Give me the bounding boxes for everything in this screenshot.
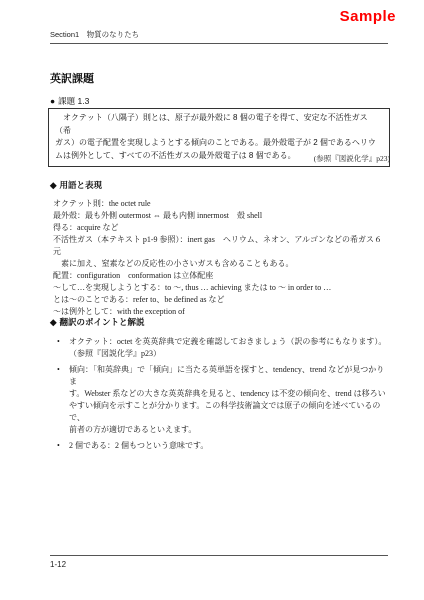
section-breadcrumb: Section1 物質のなりたち	[50, 30, 139, 39]
task-label: 課題 1.3	[58, 96, 89, 106]
bullet-icon: •	[57, 336, 69, 348]
point-text: オクテット：octet を英英辞典で定義を確認しておきましょう（訳の参考にもなり…	[69, 336, 390, 360]
point-item: • 2 個である：2 個もつという意味です。	[57, 440, 390, 452]
diamond-icon: ◆	[50, 317, 57, 327]
page-header: Section1 物質のなりたち	[50, 29, 388, 44]
point-text: 2 個である：2 個もつという意味です。	[69, 440, 390, 452]
term-line: 配置：configuration conformation は立体配座	[53, 270, 390, 282]
page-footer: 1-12	[50, 555, 388, 569]
point-item: • オクテット：octet を英英辞典で定義を確認しておきましょう（訳の参考にも…	[57, 336, 390, 360]
term-line: 不活性ガス（本テキスト p1-9 参照）：inert gas ヘリウム、ネオン、…	[53, 234, 390, 270]
points-heading: ◆翻訳のポイントと解説	[50, 316, 390, 328]
term-line: オクテット則：the octet rule	[53, 198, 390, 210]
term-line: ～して…を実現しようとする：to ～, thus … achieving または…	[53, 282, 390, 294]
page-title: 英訳課題	[50, 70, 94, 86]
bullet-icon: •	[57, 440, 69, 452]
point-item: • 傾向：「和英辞典」で「傾向」に当たる英単語を探すと、tendency、tre…	[57, 364, 390, 436]
terms-list: オクテット則：the octet rule最外殻：最も外側 outermost …	[50, 198, 390, 318]
term-line: とは～のことである：refer to、be defined as など	[53, 294, 390, 306]
sample-watermark: Sample	[340, 8, 396, 25]
terms-heading-label: 用語と表現	[60, 180, 103, 190]
term-line: 最外殻：最も外側 outermost ⇔ 最も内側 innermost 殻 sh…	[53, 210, 390, 222]
bullet-icon: •	[57, 364, 69, 376]
page-number: 1-12	[50, 560, 66, 569]
terms-section: ◆用語と表現 オクテット則：the octet rule最外殻：最も外側 out…	[50, 179, 390, 318]
task-heading: ●課題 1.3	[50, 95, 89, 107]
points-list: • オクテット：octet を英英辞典で定義を確認しておきましょう（訳の参考にも…	[50, 336, 390, 452]
points-section: ◆翻訳のポイントと解説 • オクテット：octet を英英辞典で定義を確認してお…	[50, 316, 390, 452]
point-text: 傾向：「和英辞典」で「傾向」に当たる英単語を探すと、tendency、trend…	[69, 364, 390, 436]
term-line: 得る：acquire など	[53, 222, 390, 234]
diamond-icon: ◆	[50, 180, 57, 190]
terms-heading: ◆用語と表現	[50, 179, 390, 191]
circle-bullet-icon: ●	[50, 96, 55, 106]
document-page: Sample Section1 物質のなりたち 英訳課題 ●課題 1.3 オクテ…	[0, 0, 424, 600]
reference-note: (参照『図説化学』p23)	[48, 153, 390, 164]
points-heading-label: 翻訳のポイントと解説	[60, 317, 145, 327]
